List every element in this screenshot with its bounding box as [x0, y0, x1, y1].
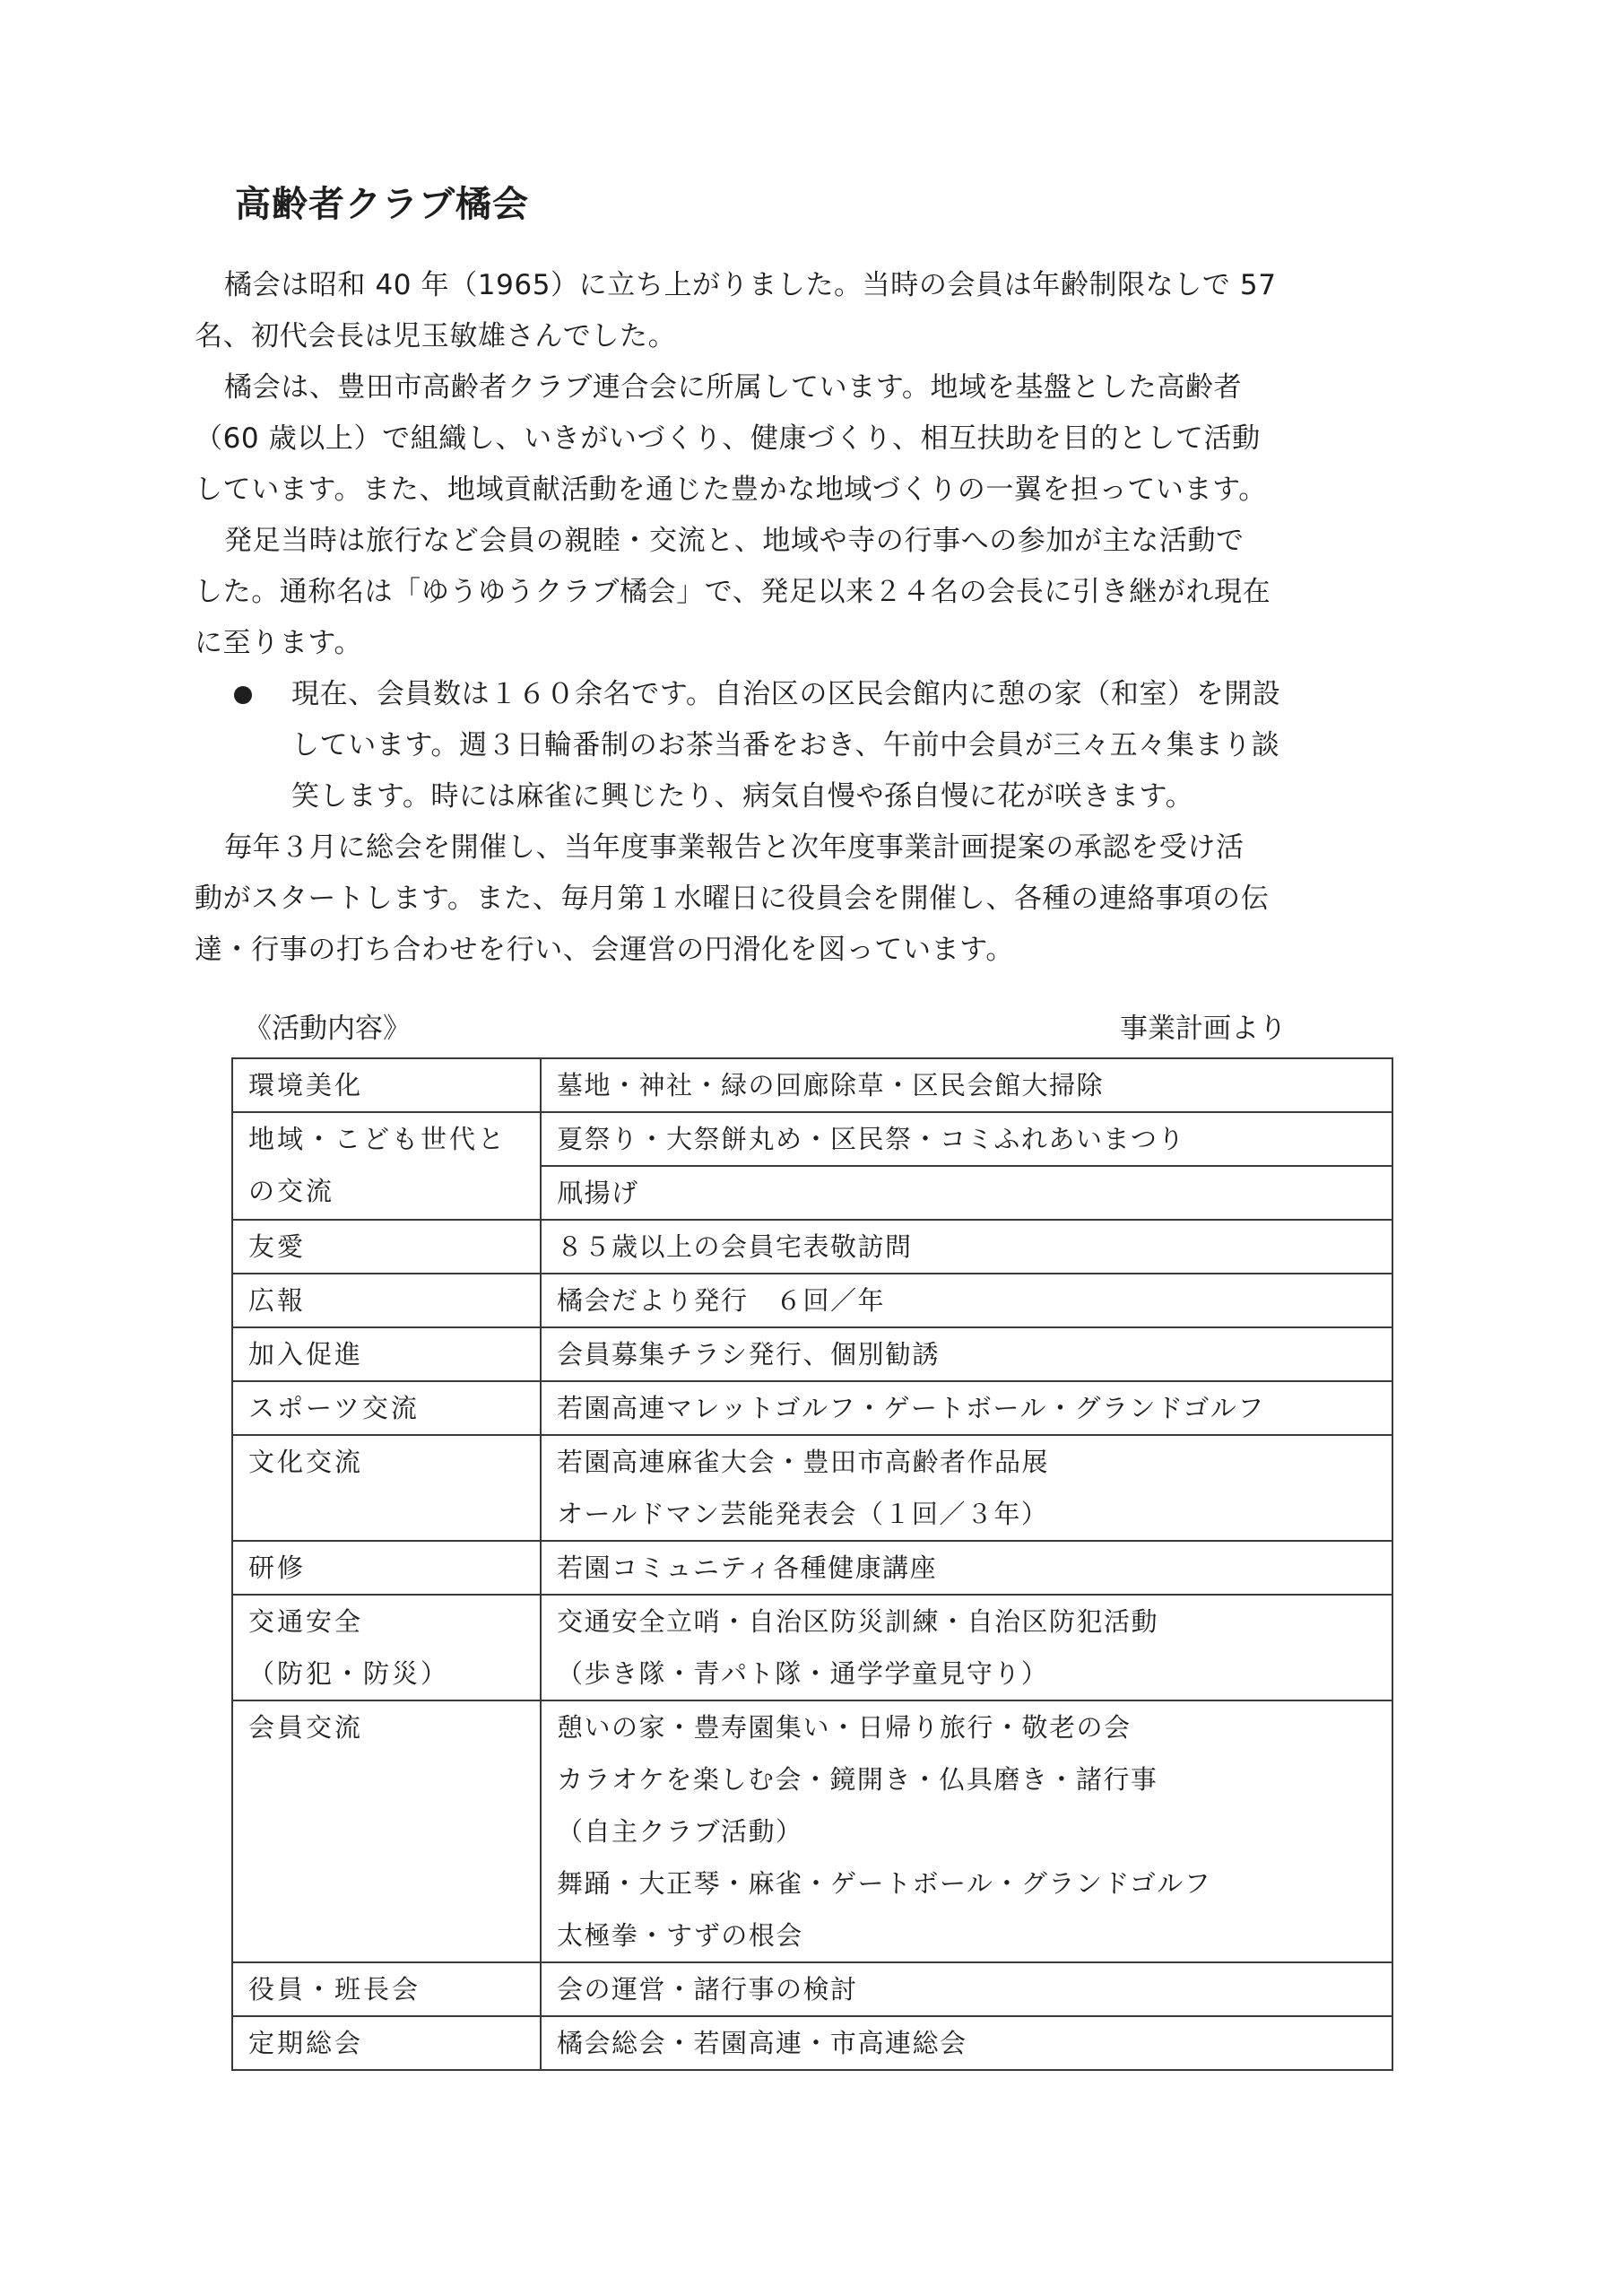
details-cell: 若園高連マレットゴルフ・ゲートボール・グランドゴルフ	[541, 1381, 1392, 1435]
category-cell: 役員・班長会	[232, 1962, 541, 2016]
category-cell: 研修	[232, 1541, 541, 1595]
details-cell: 橘会総会・若園高連・市高連総会	[541, 2016, 1392, 2070]
text-line: 達・行事の打ち合わせを行い、会運営の円滑化を図っています。	[195, 925, 1450, 976]
text-line: しています。週３日輪番制のお茶当番をおき、午前中会員が三々五々集まり談	[291, 720, 1450, 771]
category-cell: 加入促進	[232, 1327, 541, 1381]
table-row: 定期総会 橘会総会・若園高連・市高連総会	[232, 2016, 1392, 2070]
details-cell: 凧揚げ	[541, 1166, 1392, 1220]
text-line: した。通称名は「ゆうゆうクラブ橘会」で、発足以来２４名の会長に引き継がれ現在	[195, 567, 1450, 618]
category-cell: 会員交流	[232, 1700, 541, 1962]
text-line: 橘会は昭和 40 年（1965）に立ち上がりました。当時の会員は年齢制限なしで …	[195, 260, 1450, 311]
table-row: 役員・班長会 会の運営・諸行事の検討	[232, 1962, 1392, 2016]
category-cell: スポーツ交流	[232, 1381, 541, 1435]
table-row: 友愛 ８５歳以上の会員宅表敬訪問	[232, 1220, 1392, 1274]
table-row: 文化交流 若園高連麻雀大会・豊田市高齢者作品展 オールドマン芸能発表会（１回／３…	[232, 1435, 1392, 1541]
text-line: しています。また、地域貢献活動を通じた豊かな地域づくりの一翼を担っています。	[195, 465, 1450, 516]
text-line: 笑します。時には麻雀に興じたり、病気自慢や孫自慢に花が咲きます。	[291, 771, 1450, 822]
details-cell: 会の運営・諸行事の検討	[541, 1962, 1392, 2016]
category-cell: 交通安全 （防犯・防災）	[232, 1595, 541, 1700]
table-row: 広報 橘会だより発行 ６回／年	[232, 1274, 1392, 1327]
category-cell: 環境美化	[232, 1058, 541, 1112]
category-cell: 友愛	[232, 1220, 541, 1274]
activities-table: 環境美化 墓地・神社・緑の回廊除草・区民会館大掃除 地域・こども世代と の交流 …	[231, 1057, 1393, 2071]
paragraph-history: 発足当時は旅行など会員の親睦・交流と、地域や寺の行事への参加が主な活動で した。…	[195, 516, 1450, 669]
table-row: 研修 若園コミュニティ各種健康講座	[232, 1541, 1392, 1595]
table-row: 交通安全 （防犯・防災） 交通安全立哨・自治区防災訓練・自治区防犯活動 （歩き隊…	[232, 1595, 1392, 1700]
details-cell: 墓地・神社・緑の回廊除草・区民会館大掃除	[541, 1058, 1392, 1112]
table-row: スポーツ交流 若園高連マレットゴルフ・ゲートボール・グランドゴルフ	[232, 1381, 1392, 1435]
page-title: 高齢者クラブ橘会	[235, 182, 529, 227]
bullet-item-membership: 現在、会員数は１６０余名です。自治区の区民会館内に憩の家（和室）を開設 していま…	[195, 669, 1450, 822]
text-line: 毎年３月に総会を開催し、当年度事業報告と次年度事業計画提案の承認を受け活	[195, 822, 1450, 874]
details-cell: 橘会だより発行 ６回／年	[541, 1274, 1392, 1327]
table-row: 加入促進 会員募集チラシ発行、個別勧誘	[232, 1327, 1392, 1381]
table-row: 会員交流 憩いの家・豊寿園集い・日帰り旅行・敬老の会 カラオケを楽しむ会・鏡開き…	[232, 1700, 1392, 1962]
bullet-dot-icon	[234, 686, 252, 704]
text-line: 現在、会員数は１６０余名です。自治区の区民会館内に憩の家（和室）を開設	[291, 669, 1450, 720]
category-cell: 文化交流	[232, 1435, 541, 1541]
details-cell: 若園コミュニティ各種健康講座	[541, 1541, 1392, 1595]
activities-section-label: 《活動内容》	[244, 1011, 411, 1047]
text-line: 名、初代会長は児玉敏雄さんでした。	[195, 311, 1450, 362]
details-cell: 夏祭り・大祭餅丸め・区民祭・コミふれあいまつり	[541, 1112, 1392, 1166]
body-text: 橘会は昭和 40 年（1965）に立ち上がりました。当時の会員は年齢制限なしで …	[195, 260, 1450, 976]
details-cell: 憩いの家・豊寿園集い・日帰り旅行・敬老の会 カラオケを楽しむ会・鏡開き・仏具磨き…	[541, 1700, 1392, 1962]
text-line: （60 歳以上）で組織し、いきがいづくり、健康づくり、相互扶助を目的として活動	[195, 413, 1450, 465]
table-row: 地域・こども世代と の交流 夏祭り・大祭餅丸め・区民祭・コミふれあいまつり	[232, 1112, 1392, 1166]
text-line: 橘会は、豊田市高齢者クラブ連合会に所属しています。地域を基盤とした高齢者	[195, 362, 1450, 413]
paragraph-founding: 橘会は昭和 40 年（1965）に立ち上がりました。当時の会員は年齢制限なしで …	[195, 260, 1450, 362]
category-cell: 地域・こども世代と の交流	[232, 1112, 541, 1220]
category-cell: 定期総会	[232, 2016, 541, 2070]
details-cell: 交通安全立哨・自治区防災訓練・自治区防犯活動 （歩き隊・青パト隊・通学学童見守り…	[541, 1595, 1392, 1700]
text-line: 発足当時は旅行など会員の親睦・交流と、地域や寺の行事への参加が主な活動で	[195, 516, 1450, 567]
details-cell: 若園高連麻雀大会・豊田市高齢者作品展 オールドマン芸能発表会（１回／３年）	[541, 1435, 1392, 1541]
text-line: に至ります。	[195, 618, 1450, 669]
details-cell: ８５歳以上の会員宅表敬訪問	[541, 1220, 1392, 1274]
category-cell: 広報	[232, 1274, 541, 1327]
activities-source-label: 事業計画より	[1120, 1011, 1287, 1047]
table-row: 環境美化 墓地・神社・緑の回廊除草・区民会館大掃除	[232, 1058, 1392, 1112]
paragraph-annual-meeting: 毎年３月に総会を開催し、当年度事業報告と次年度事業計画提案の承認を受け活 動がス…	[195, 822, 1450, 976]
details-cell: 会員募集チラシ発行、個別勧誘	[541, 1327, 1392, 1381]
text-line: 動がスタートします。また、毎月第１水曜日に役員会を開催し、各種の連絡事項の伝	[195, 874, 1450, 925]
paragraph-affiliation: 橘会は、豊田市高齢者クラブ連合会に所属しています。地域を基盤とした高齢者 （60…	[195, 362, 1450, 516]
